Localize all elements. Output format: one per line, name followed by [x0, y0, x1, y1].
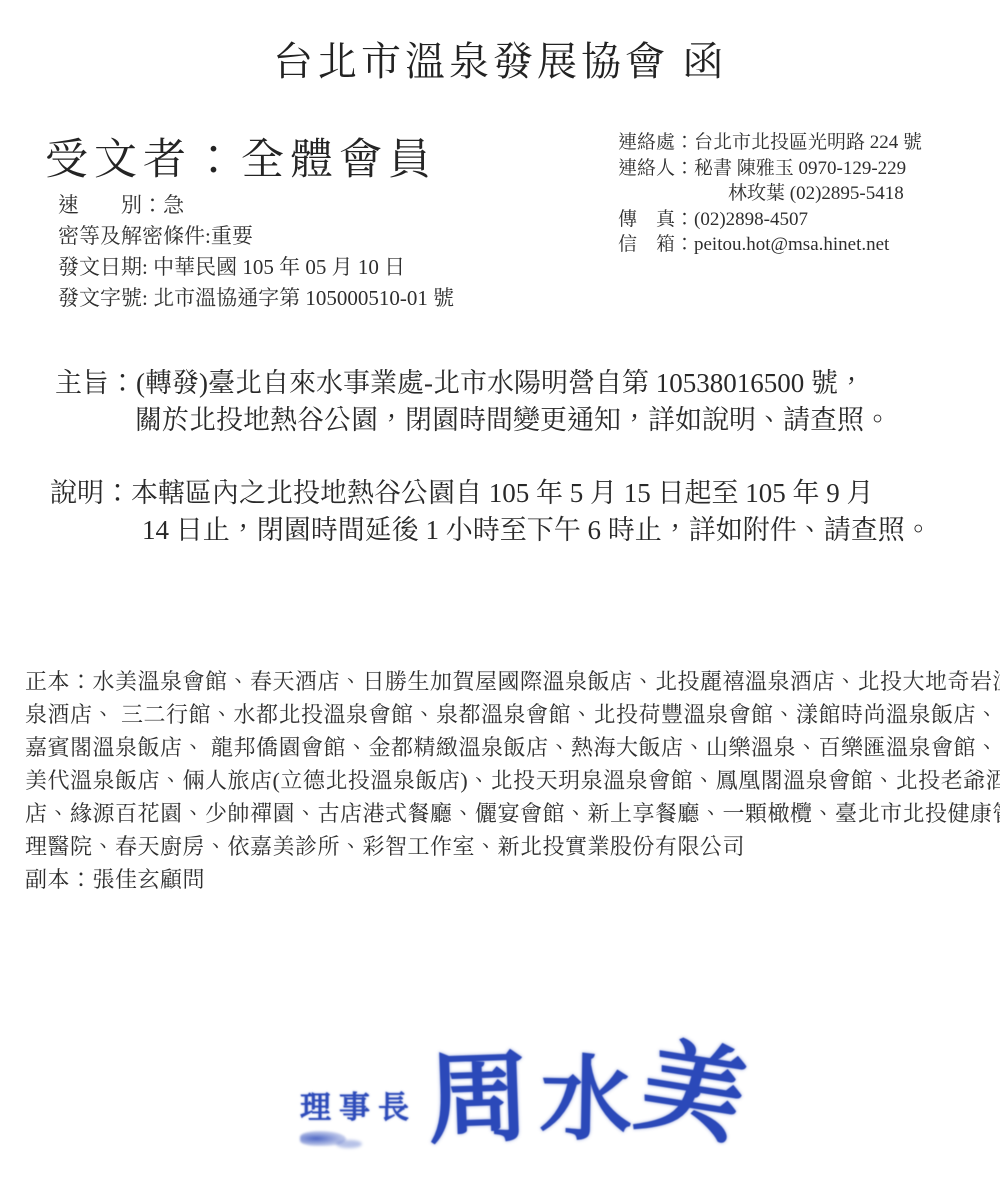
recipients-line: 泉酒店、 三二行館、水都北投溫泉會館、泉都溫泉會館、北投荷豐溫泉會館、漾館時尚溫…: [25, 698, 977, 731]
description-block: 說明：本轄區內之北投地熱谷公園自 105 年 5 月 15 日起至 105 年 …: [50, 475, 932, 549]
description-line-2: 14 日止，閉園時間延後 1 小時至下午 6 時止，詳如附件、請查照。: [50, 512, 932, 549]
contact-person-line: 連絡人：秘書 陳雅玉 0970-129-229: [618, 156, 922, 182]
security-class-line: 密等及解密條件:重要: [58, 221, 454, 252]
email-line: 信 箱：peitou.hot@msa.hinet.net: [618, 232, 922, 258]
contact-address-line: 連絡處：台北市北投區光明路 224 號: [618, 130, 922, 156]
description-line-1: 說明：本轄區內之北投地熱谷公園自 105 年 5 月 15 日起至 105 年 …: [50, 475, 932, 512]
recipients-line: 店、緣源百花園、少帥禪園、古店港式餐廳、儷宴會館、新上享餐廳、一顆橄欖、臺北市北…: [25, 797, 977, 830]
contact-person2-line: 林玫葉 (02)2895-5418: [618, 181, 922, 207]
recipients-list: 正本：水美溫泉會館、春天酒店、日勝生加賀屋國際溫泉飯店、北投麗禧溫泉酒店、北投大…: [25, 665, 977, 896]
recipients-line: 美代溫泉飯店、倆人旅店(立德北投溫泉飯店)、北投天玥泉溫泉會館、鳳凰閣溫泉會館、…: [25, 764, 977, 797]
recipients-line: 正本：水美溫泉會館、春天酒店、日勝生加賀屋國際溫泉飯店、北投麗禧溫泉酒店、北投大…: [25, 665, 977, 698]
subject-block: 主旨：(轉發)臺北自來水事業處-北市水陽明營自第 10538016500 號， …: [55, 365, 891, 439]
document-number-line: 發文字號: 北市溫協通字第 105000510-01 號: [58, 283, 454, 314]
recipients-line: 理醫院、春天廚房、依嘉美診所、彩智工作室、新北投實業股份有限公司: [25, 830, 977, 863]
stamp-char: 周: [426, 1048, 529, 1151]
stamp-char: 美: [626, 1036, 758, 1153]
letter-page: 台北市溫泉發展協會 函 受文者：全體會員 速 別：急 密等及解密條件:重要 發文…: [0, 0, 1000, 1200]
chairman-stamp-name: 周水美: [428, 1028, 744, 1150]
subject-line-1: 主旨：(轉發)臺北自來水事業處-北市水陽明營自第 10538016500 號，: [55, 365, 891, 402]
recipients-line: 嘉賓閣溫泉飯店、 龍邦僑園會館、金都精緻溫泉飯店、熱海大飯店、山樂溫泉、百樂匯溫…: [25, 731, 977, 764]
meta-block: 速 別：急 密等及解密條件:重要 發文日期: 中華民國 105 年 05 月 1…: [58, 190, 454, 314]
chairman-title-stamp: 理事長: [300, 1082, 417, 1127]
recipient-line: 受文者：全體會員: [45, 126, 437, 187]
stamp-char: 水: [539, 1053, 633, 1147]
speed-class-line: 速 別：急: [58, 190, 454, 221]
fax-line: 傳 真：(02)2898-4507: [618, 207, 922, 233]
contact-block: 連絡處：台北市北投區光明路 224 號 連絡人：秘書 陳雅玉 0970-129-…: [618, 130, 922, 258]
issue-date-line: 發文日期: 中華民國 105 年 05 月 10 日: [58, 252, 454, 283]
letter-title: 台北市溫泉發展協會 函: [0, 30, 1000, 87]
subject-line-2: 關於北投地熱谷公園，閉園時間變更通知，詳如說明、請查照。: [55, 402, 891, 439]
cc-line: 副本：張佳玄顧問: [25, 863, 977, 896]
stamp-smudge-mark-2: [336, 1140, 362, 1148]
